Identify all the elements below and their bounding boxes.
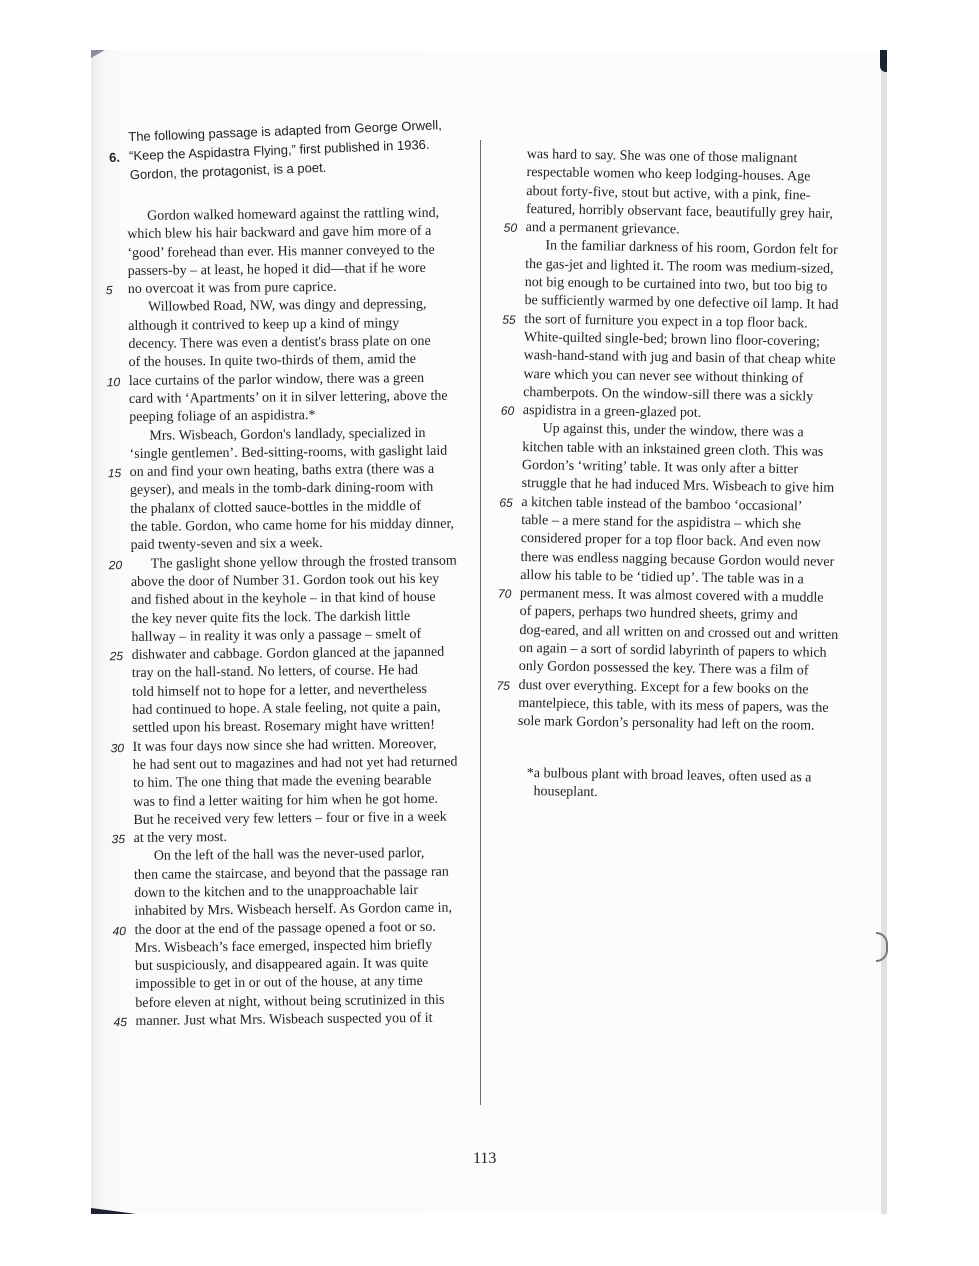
line-text: kitchen table with an inkstained green c… — [522, 440, 823, 460]
line-text: decency. There was even a dentist's bras… — [128, 334, 430, 352]
line-text: to him. The one thing that made the even… — [133, 773, 431, 791]
line-text: not big enough to be curtained into two,… — [525, 275, 828, 295]
line-text: of the houses. In quite two-thirds of th… — [129, 352, 416, 370]
line-text: was to find a letter waiting for him whe… — [133, 791, 438, 809]
line-text: aspidistra in a green-glazed pot. — [523, 403, 702, 421]
line-text: was hard to say. She was one of those ma… — [527, 147, 798, 166]
line-number: 35 — [112, 830, 126, 848]
line-text: Willowbed Road, NW, was dingy and depres… — [148, 297, 427, 315]
line-number: 50 — [504, 219, 518, 238]
line-text: On the left of the hall was the never-us… — [154, 846, 425, 864]
line-text: a kitchen table instead of the bamboo ‘o… — [521, 495, 802, 514]
line-text: no overcoat it was from pure caprice. — [128, 280, 337, 297]
line-text: geyser), and meals in the tomb-dark dini… — [130, 480, 433, 498]
passage-left-column: Gordon walked homeward against the rattl… — [127, 204, 481, 1031]
line-text: card with ‘Apartments’ on it in silver l… — [129, 389, 448, 407]
line-text: wash-hand-stand with jug and basin of th… — [524, 348, 836, 368]
line-number: 10 — [107, 373, 121, 391]
binder-clip-top — [880, 50, 887, 72]
line-text: featured, horribly observant face, beaut… — [526, 202, 833, 222]
line-text: the gas-jet and lighted it. The room was… — [525, 257, 834, 277]
line-text: on again – a sort of sordid labyrinth of… — [519, 641, 827, 661]
line-number: 55 — [502, 310, 516, 329]
line-text: the sort of furniture you expect in a to… — [524, 312, 808, 331]
line-text: Up against this, under the window, there… — [542, 422, 803, 441]
line-text: tray on the hall-stand. No letters, of c… — [132, 663, 418, 681]
line-text: lace curtains of the parlor window, ther… — [129, 371, 424, 389]
line-number: 75 — [496, 676, 510, 695]
line-text: ‘single gentlemen’. Bed-sitting-rooms, w… — [130, 444, 448, 462]
line-text: which blew his hair backward and gave hi… — [127, 224, 431, 242]
line-text: ware which you can never see without thi… — [523, 367, 803, 386]
page-corner-shadow — [91, 50, 105, 58]
line-number: 40 — [112, 922, 126, 940]
line-text: But he received very few letters – four … — [133, 809, 446, 827]
line-text: on and find your own heating, baths extr… — [130, 462, 435, 480]
line-text: manner. Just what Mrs. Wisbeach suspecte… — [135, 1011, 432, 1029]
passage-line: 45manner. Just what Mrs. Wisbeach suspec… — [135, 1009, 480, 1031]
line-text: Mrs. Wisbeach’s face emerged, inspected … — [135, 938, 433, 956]
line-text: and a permanent grievance. — [526, 220, 680, 237]
line-text: although it contrived to keep up a kind … — [128, 316, 399, 334]
line-number: 65 — [499, 493, 513, 512]
line-text: but suspiciously, and disappeared again.… — [135, 956, 429, 974]
line-text: dishwater and cabbage. Gordon glanced at… — [132, 645, 445, 663]
line-text: In the familiar darkness of his room, Go… — [545, 239, 838, 259]
column-divider — [480, 140, 481, 1105]
line-text: had continued to hope. A stale feeling, … — [132, 700, 440, 718]
line-text: allow his table to be ‘tidied up’. The t… — [520, 568, 804, 587]
line-text: Mrs. Wisbeach, Gordon's landlady, specia… — [149, 425, 425, 443]
line-number: 45 — [113, 1013, 127, 1031]
line-text: mantelpiece, this table, with its mess o… — [518, 696, 828, 716]
line-text: sole mark Gordon’s personality had left … — [518, 714, 815, 734]
line-text: struggle that he had induced Mrs. Wisbea… — [522, 476, 835, 496]
line-text: settled upon his breast. Rosemary might … — [132, 718, 435, 736]
line-text: paid twenty-seven and six a week. — [130, 536, 322, 553]
line-text: Gordon walked homeward against the rattl… — [147, 206, 439, 224]
line-number: 60 — [501, 402, 515, 421]
line-text: the door at the end of the passage opene… — [134, 919, 435, 937]
line-text: dog-eared, and all written on and crosse… — [519, 623, 838, 643]
line-text: there was endless nagging because Gordon… — [520, 549, 834, 569]
line-number: 70 — [498, 585, 512, 604]
line-text: The gaslight shone yellow through the fr… — [151, 553, 457, 571]
line-text: passers-by – at least, he hoped it did—t… — [128, 261, 426, 279]
line-text: only Gordon possessed the key. There was… — [519, 659, 809, 679]
line-text: the phalanx of clotted sauce-bottles in … — [130, 499, 421, 517]
line-text: inhabited by Mrs. Wisbeach herself. As G… — [134, 901, 452, 919]
line-text: hallway – in reality it was only a passa… — [131, 627, 421, 645]
line-text: Gordon’s ‘writing’ table. It was only af… — [522, 458, 798, 477]
line-number: 25 — [110, 647, 124, 665]
line-text: above the door of Number 31. Gordon took… — [131, 572, 439, 590]
line-number: 15 — [108, 464, 122, 482]
line-text: considered proper for a top floor back. … — [521, 531, 821, 551]
line-number: 30 — [111, 739, 125, 757]
line-text: of papers, perhaps two hundred sheets, g… — [520, 604, 798, 623]
line-text: at the very most. — [134, 830, 227, 846]
passage-right-column: was hard to say. She was one of those ma… — [518, 146, 862, 737]
question-number: 6. — [109, 148, 121, 167]
line-text: dust over everything. Except for a few b… — [518, 678, 808, 698]
page-number: 113 — [473, 1150, 496, 1168]
line-text: told himself not to hope for a letter, a… — [132, 682, 427, 700]
line-number: 5 — [106, 281, 113, 299]
line-text: It was four days now since she had writt… — [133, 736, 437, 754]
footnote: *a bulbous plant with broad leaves, ofte… — [526, 765, 847, 806]
page-right-edge — [881, 50, 887, 1214]
line-text: table – a mere stand for the aspidistra … — [521, 513, 801, 532]
line-text: chamberpots. On the window-sill there wa… — [523, 385, 813, 405]
line-text: down to the kitchen and to the unapproac… — [134, 883, 418, 901]
line-text: ‘good’ forehead than ever. His manner co… — [127, 242, 434, 260]
line-text: then came the staircase, and beyond that… — [134, 864, 449, 882]
line-text: and fished about in the keyhole – in tha… — [131, 590, 436, 608]
line-text: peeping foliage of an aspidistra.* — [129, 408, 315, 425]
line-text: impossible to get in or out of the house… — [135, 974, 423, 992]
line-text: he had sent out to magazines and had not… — [133, 754, 458, 772]
line-text: before eleven at night, without being sc… — [135, 992, 444, 1010]
line-text: about forty-five, stout but active, with… — [526, 184, 810, 203]
line-text: the table. Gordon, who came home for his… — [130, 517, 454, 535]
line-number: 20 — [109, 556, 123, 574]
line-text: permanent mess. It was almost covered wi… — [520, 586, 824, 606]
line-text: respectable women who keep lodging-house… — [526, 165, 810, 184]
line-text: the key never quite fits the lock. The d… — [131, 609, 410, 627]
page-bottom-shadow — [91, 1208, 136, 1214]
line-text: White-quilted single-bed; brown lino flo… — [524, 330, 820, 350]
line-text: be sufficiently warmed by one defective … — [524, 293, 838, 313]
